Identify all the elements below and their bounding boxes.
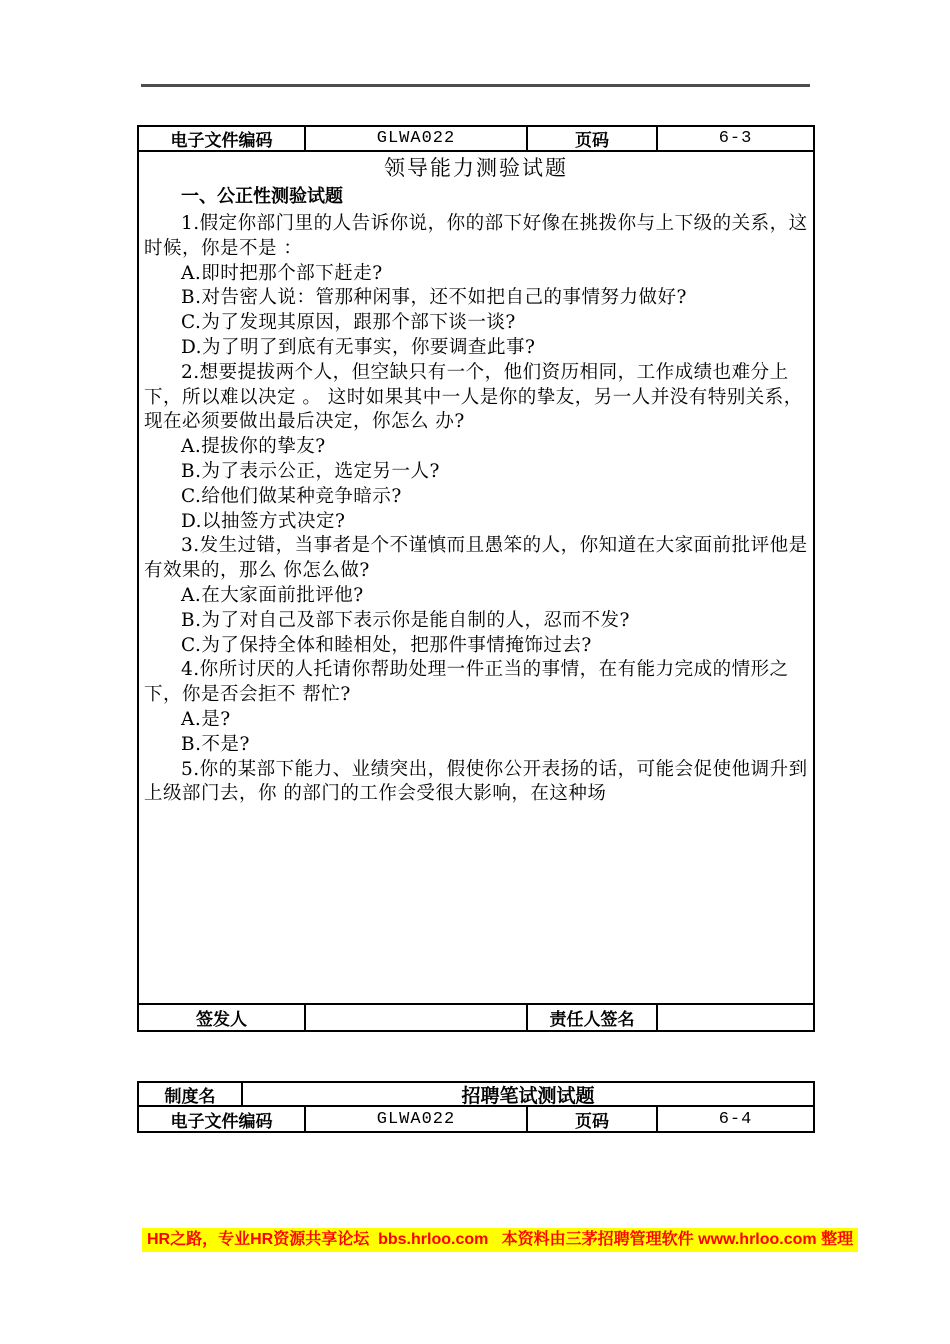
main-doc-table: 电子文件编码 GLWA022 页码 6-3 领导能力测验试题 一、公正性测验试题…: [137, 125, 815, 1032]
document-page: 电子文件编码 GLWA022 页码 6-3 领导能力测验试题 一、公正性测验试题…: [0, 0, 950, 1344]
next-page-number-label: 页码: [528, 1107, 658, 1131]
paragraph: D.以抽签方式决定?: [144, 510, 808, 535]
paragraph: 1.假定你部门里的人告诉你说，你的部下好像在挑拨你与上下级的关系，这时候，你是不…: [144, 212, 808, 262]
section-heading: 一、公正性测验试题: [144, 183, 808, 210]
issuer-label: 签发人: [139, 1005, 306, 1030]
paragraph: A.即时把那个部下赶走?: [144, 262, 808, 287]
page-number-value: 6-3: [658, 127, 813, 150]
next-page-number-value: 6-4: [658, 1107, 813, 1131]
hrloo-footer-bar: HR之路，专业HR资源共享论坛 bbs.hrloo.com 本资料由三茅招聘管理…: [142, 1228, 858, 1252]
next-doc-meta-row: 电子文件编码 GLWA022 页码 6-4: [139, 1107, 813, 1131]
paragraph: A.在大家面前批评他?: [144, 584, 808, 609]
responsible-signature-label: 责任人签名: [528, 1005, 658, 1030]
paragraph: A.提拔你的挚友?: [144, 435, 808, 460]
paragraph: B.不是?: [144, 733, 808, 758]
paragraph: C.给他们做某种竞争暗示?: [144, 485, 808, 510]
paragraph: 3.发生过错，当事者是个不谨慎而且愚笨的人，你知道在大家面前批评他是有效果的，那…: [144, 534, 808, 584]
doc-code-value: GLWA022: [306, 127, 528, 150]
system-name-row: 制度名 招聘笔试测试题: [139, 1083, 813, 1107]
page-number-label: 页码: [528, 127, 658, 150]
paragraph: C.为了保持全体和睦相处，把那件事情掩饰过去?: [144, 634, 808, 659]
doc-code-label: 电子文件编码: [139, 127, 306, 150]
paragraph: B.对告密人说：管那种闲事，还不如把自己的事情努力做好?: [144, 286, 808, 311]
paragraph: D.为了明了到底有无事实，你要调查此事?: [144, 336, 808, 361]
system-name-label: 制度名: [139, 1083, 243, 1105]
system-name-value: 招聘笔试测试题: [243, 1083, 813, 1105]
issuer-value-blank: [306, 1005, 528, 1030]
paragraph: A.是?: [144, 708, 808, 733]
doc-body-cell: 领导能力测验试题 一、公正性测验试题 1.假定你部门里的人告诉你说，你的部下好像…: [139, 152, 813, 1003]
doc-title: 领导能力测验试题: [144, 154, 808, 183]
paragraph: 2.想要提拔两个人，但空缺只有一个，他们资历相同，工作成绩也难分上下，所以难以决…: [144, 361, 808, 435]
next-doc-table: 制度名 招聘笔试测试题 电子文件编码 GLWA022 页码 6-4: [137, 1081, 815, 1133]
paragraph: B.为了对自己及部下表示你是能自制的人，忍而不发?: [144, 609, 808, 634]
paragraph: 5.你的某部下能力、业绩突出，假使你公开表扬的话，可能会促使他调升到上级部门去，…: [144, 758, 808, 808]
paragraph: C.为了发现其原因，跟那个部下谈一谈?: [144, 311, 808, 336]
paragraph: 4.你所讨厌的人托请你帮助处理一件正当的事情，在有能力完成的情形之下，你是否会拒…: [144, 658, 808, 708]
signature-row: 签发人 责任人签名: [139, 1003, 813, 1030]
paragraph: B.为了表示公正，选定另一人?: [144, 460, 808, 485]
next-doc-code-value: GLWA022: [306, 1107, 528, 1131]
question-paragraphs: 1.假定你部门里的人告诉你说，你的部下好像在挑拨你与上下级的关系，这时候，你是不…: [144, 212, 808, 807]
top-divider-rule: [141, 84, 810, 87]
doc-meta-row: 电子文件编码 GLWA022 页码 6-3: [139, 127, 813, 152]
responsible-signature-blank: [658, 1005, 813, 1030]
next-doc-code-label: 电子文件编码: [139, 1107, 306, 1131]
